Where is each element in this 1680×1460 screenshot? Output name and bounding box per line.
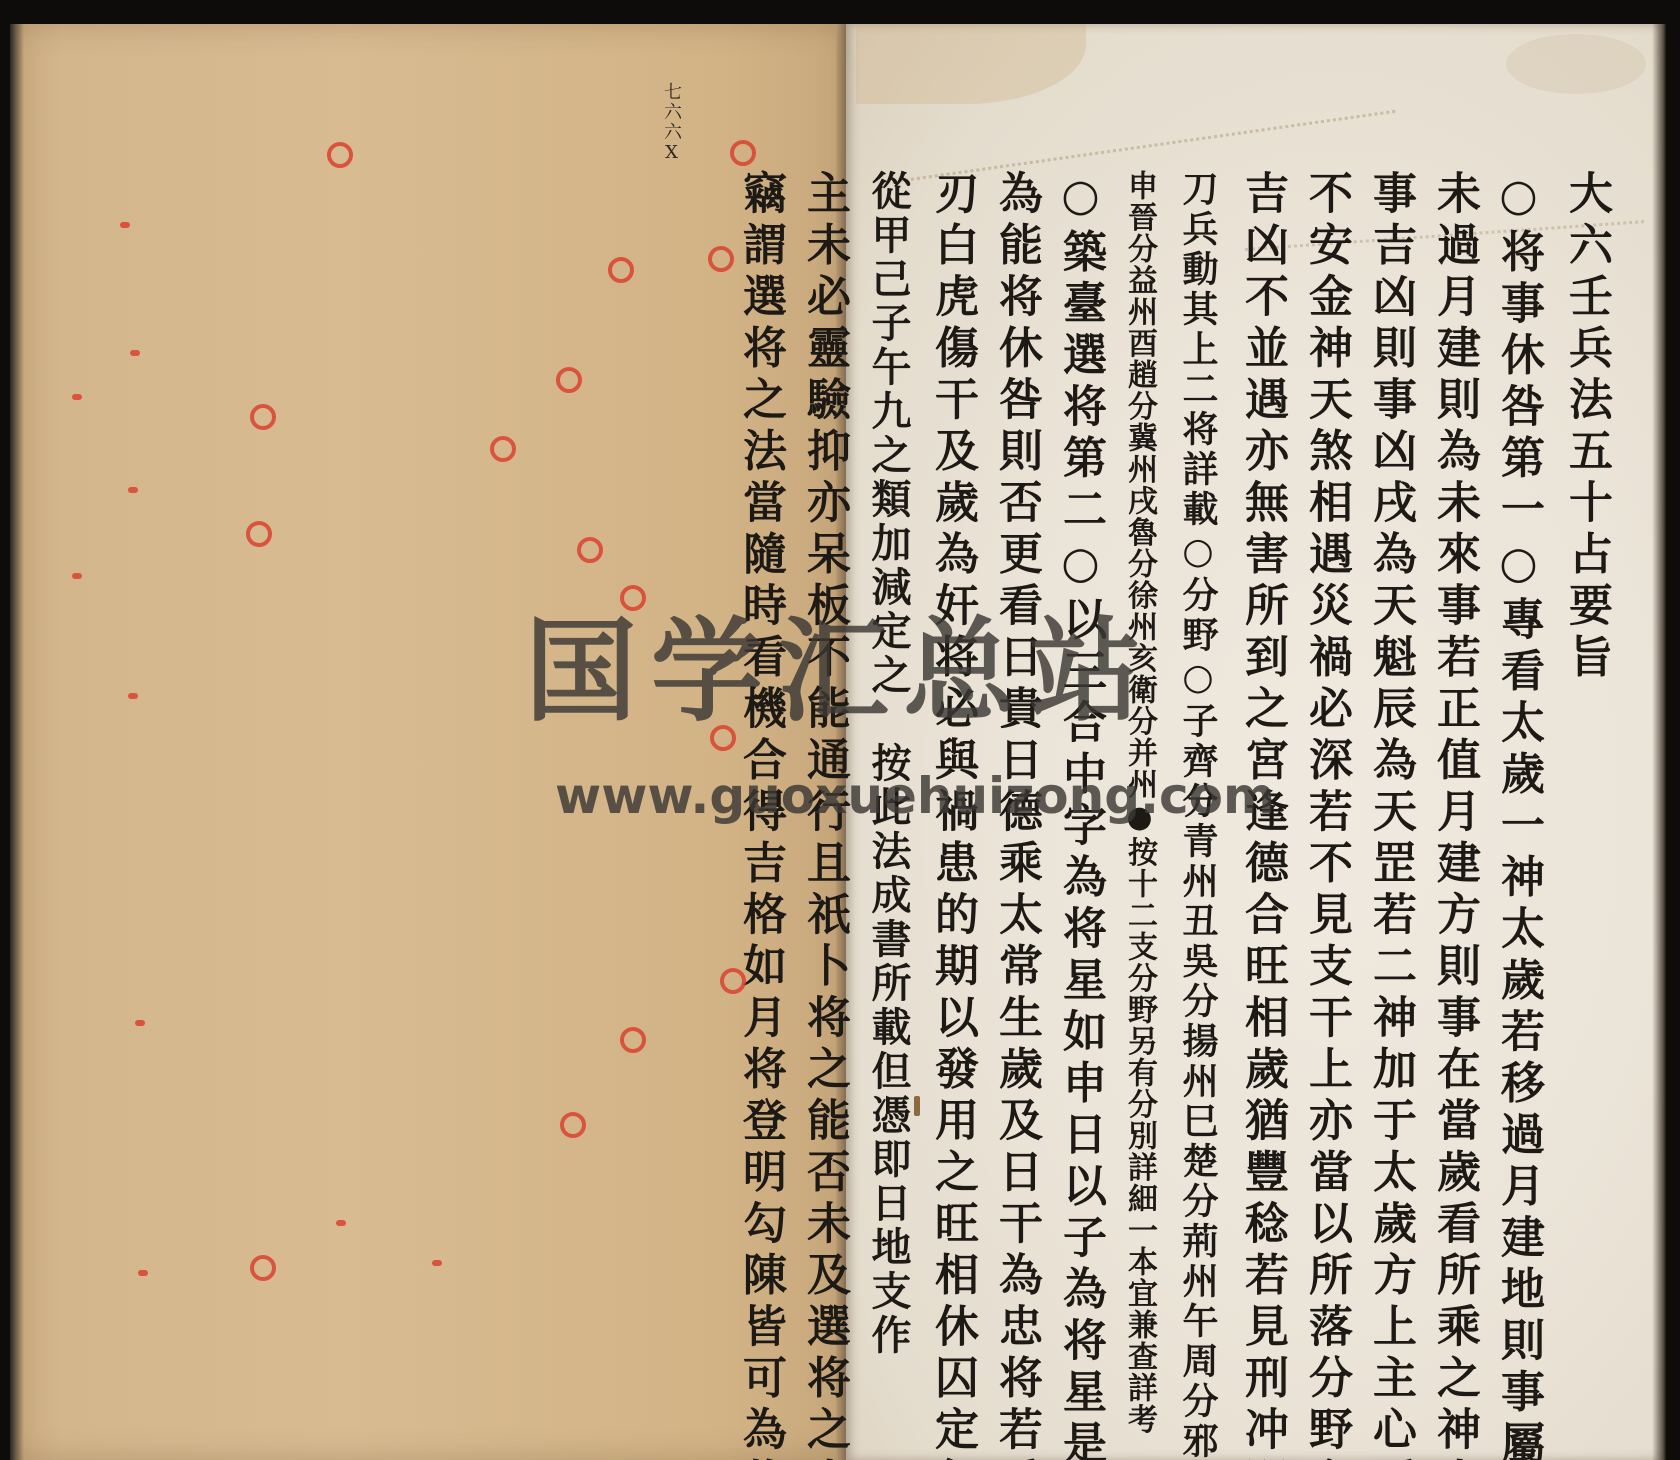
title-column: 大六壬兵法五十占要旨 <box>1554 170 1618 1410</box>
text-column: 吉凶不並遇亦無害所到之宮逢德合旺相歲猶豐稔若見刑冲即有 <box>1230 170 1294 1410</box>
text-column: 為能将休咎則否更看日貴日德乘太常生歲及日干為忠将若乘羊 <box>984 170 1048 1410</box>
red-circle-mark <box>556 367 582 393</box>
red-circle-mark <box>246 521 272 547</box>
red-dot-mark <box>72 394 82 400</box>
red-circle-mark <box>608 257 634 283</box>
page-edge-shadow <box>1652 24 1666 1460</box>
red-circle-mark <box>250 404 276 430</box>
text-column: ○将事休咎第一○專看太歲一神太歲若移過月建地則事屬已往若 <box>1486 170 1550 1410</box>
red-circle-mark <box>560 1112 586 1138</box>
text-column-with-notes: 刀兵動其上二将詳載○分野○子齊分青州丑吳分揚州巳楚分荊州午周分邪州未秦分雍州 <box>1166 170 1230 1410</box>
text-column: 主未必靈驗抑亦呆板不能通行且祇卜将之能否未及選将之忠勇 <box>792 170 856 1410</box>
red-circle-mark <box>620 585 646 611</box>
text-column: 未過月建則為未來事若正值月建方則事在當歲看所乘之神吉則 <box>1422 170 1486 1410</box>
water-stain <box>1506 34 1646 94</box>
text-column: ○築臺選将第二○以三合中字為将星如申日以子為将星是旺相則 <box>1048 170 1112 1410</box>
red-dot-mark <box>138 1270 148 1276</box>
scanned-book-spread: 七六六Ⅹ 大六壬兵法五十占要旨 ○将事休咎第一○專看太歲一神太歲若移過月建地則事… <box>0 0 1680 1460</box>
page-number: 七六六Ⅹ <box>660 82 682 165</box>
red-circle-mark <box>620 1027 646 1053</box>
text-column: 事吉凶則事凶戌為天魁辰為天罡若二神加于太歲方上主心反覆 <box>1358 170 1422 1410</box>
red-dot-mark <box>120 222 130 228</box>
red-circle-mark <box>710 725 736 751</box>
text-column: 刃白虎傷干及歲為奸将必與禍患的期以發用之旺相休囚定年月 <box>920 170 984 1410</box>
red-circle-mark <box>730 140 756 166</box>
red-dot-mark <box>130 350 140 356</box>
red-circle-mark <box>490 436 516 462</box>
red-dot-mark <box>135 1020 145 1026</box>
red-circle-mark <box>708 246 734 272</box>
text-column: 竊謂選将之法當隨時看機合得吉格如月将登明勾陳皆可為将品 <box>728 170 792 1410</box>
text-column: 不安金神天煞相遇災禍必深若不見支干上亦當以所落分野定 <box>1294 170 1358 1410</box>
page-edge <box>10 24 24 1460</box>
red-dot-mark <box>432 1260 442 1266</box>
red-dot-mark <box>72 573 82 579</box>
text-column: 從甲己子午九之類加減定之 按此法成書所載但憑即日地支作 <box>856 170 920 1410</box>
red-circle-mark <box>720 968 746 994</box>
manuscript-text: 大六壬兵法五十占要旨 ○将事休咎第一○專看太歲一神太歲若移過月建地則事屬已往若 … <box>728 170 1618 1410</box>
red-dot-mark <box>128 693 138 699</box>
red-dot-mark <box>128 487 138 493</box>
red-circle-mark <box>327 142 353 168</box>
text-column-with-notes: 申晉分益州酉趙分冀州戌魯分徐州亥衛分并州●按十二支分野另有分別詳細一本宜兼查詳考 <box>1112 170 1166 1410</box>
red-circle-mark <box>577 537 603 563</box>
water-stain <box>856 24 1086 104</box>
red-dot-mark <box>336 1220 346 1226</box>
red-circle-mark <box>250 1255 276 1281</box>
